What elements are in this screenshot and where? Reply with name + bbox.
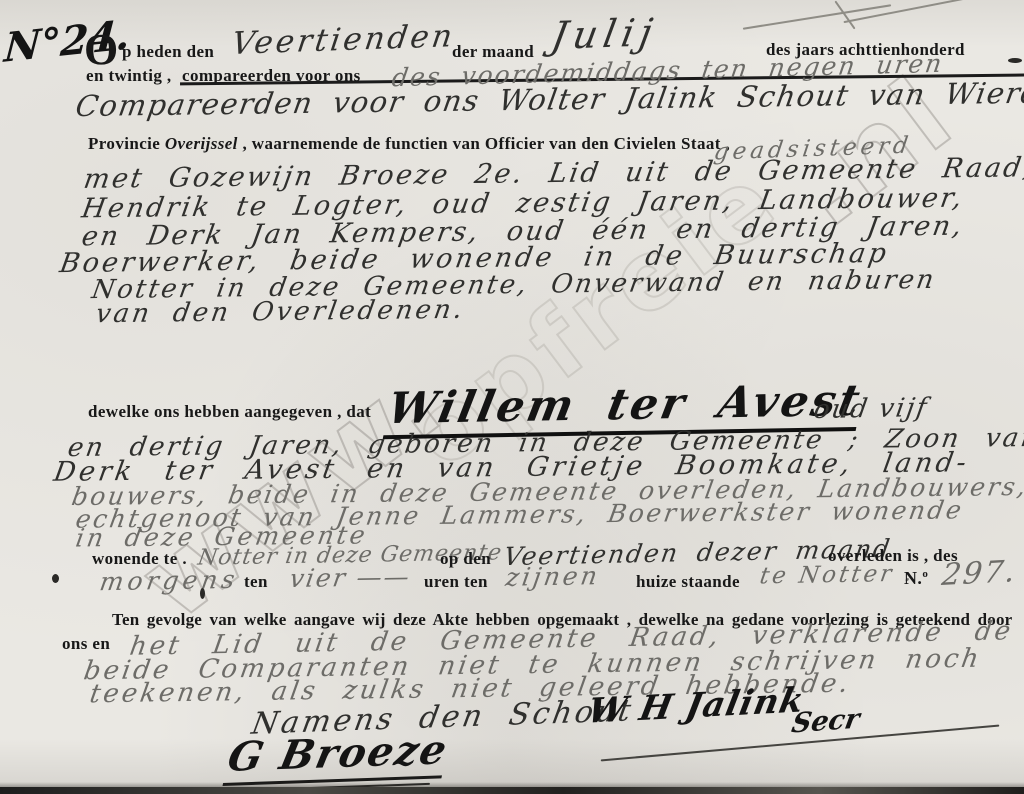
printed-uren-ten: uren ten xyxy=(424,572,488,592)
printed-op-heden-den: p heden den xyxy=(122,42,214,62)
provincie-label: Provincie xyxy=(88,134,165,153)
printed-huize-staande: huize staande xyxy=(636,572,740,592)
printed-op-den: op den xyxy=(440,549,491,569)
signature-broeze: G Broeze xyxy=(222,726,452,786)
handwritten-house-number: 297. xyxy=(940,554,1019,593)
handwritten-day: Veertienden xyxy=(230,18,458,62)
handwritten-month: Julij xyxy=(548,10,662,58)
death-record-scan: www. opfreie .nl N°24. O p heden den Vee… xyxy=(0,0,1024,794)
printed-ons-en: ons en xyxy=(62,634,110,654)
ink-blot xyxy=(52,574,59,583)
witnesses-line-6: van den Overledenen. xyxy=(94,295,468,330)
pencil-stroke xyxy=(834,1,855,30)
provincie-name: Overijssel xyxy=(165,134,238,153)
handwritten-time-of-day: morgens xyxy=(98,565,241,597)
signature-jalink-suffix: Secr xyxy=(789,703,862,739)
printed-aangegeven-intro: dewelke ons hebben aangegeven , dat xyxy=(88,402,371,422)
no-label: N. xyxy=(904,568,922,588)
handwritten-age-start: oud vijf xyxy=(812,393,931,425)
printed-en-twintig: en twintig , xyxy=(86,66,172,86)
ink-blot xyxy=(200,588,205,599)
handwritten-house-place: te Notter . xyxy=(758,561,917,590)
handwritten-zijnen: zijnen xyxy=(504,561,603,592)
printed-provincie-line: Provincie Overijssel , waarnemende de fu… xyxy=(88,134,730,154)
no-sup: o xyxy=(922,568,928,580)
ink-blot xyxy=(1008,58,1022,63)
handwritten-hour: vier —— xyxy=(288,562,413,593)
scan-edge xyxy=(0,787,1024,794)
printed-ten: ten xyxy=(244,572,268,592)
printed-house-number-label: N.o xyxy=(904,568,928,589)
pencil-stroke xyxy=(843,0,1020,23)
officier-function-text: , waarnemende de functien van Officier v… xyxy=(238,134,730,153)
